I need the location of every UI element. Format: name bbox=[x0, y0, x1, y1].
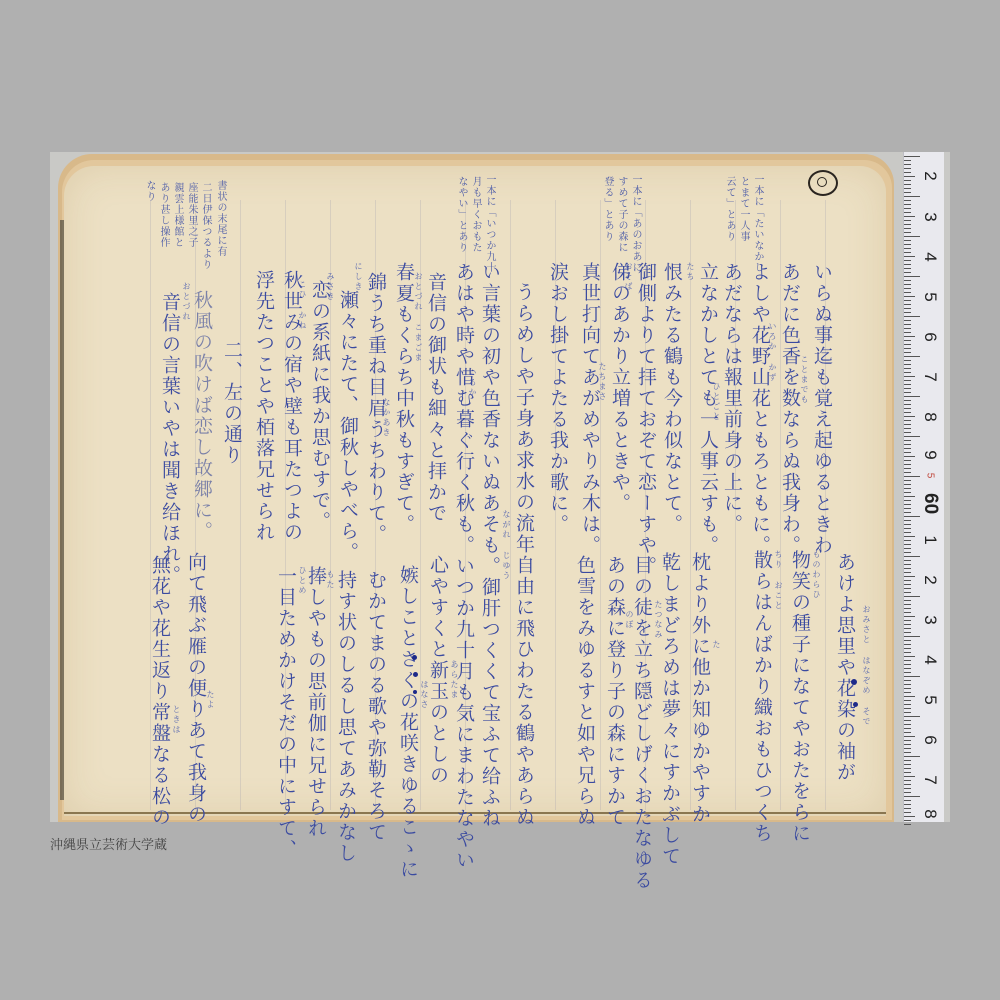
ink-blot bbox=[413, 690, 417, 694]
ruler-tick bbox=[904, 308, 911, 309]
ruler-tick bbox=[904, 476, 920, 477]
ruler-tick bbox=[904, 328, 911, 329]
ruler-tick bbox=[904, 540, 911, 541]
manuscript-column: あけよ思里や花染の袖が bbox=[835, 552, 854, 783]
ruler-tick bbox=[904, 636, 920, 637]
ruby-annotation: はなさ bbox=[420, 680, 428, 710]
ruler-tick bbox=[904, 392, 911, 393]
ruby-annotation: た bbox=[712, 640, 720, 650]
ruler-tick bbox=[904, 264, 911, 265]
ruler-tick bbox=[904, 340, 911, 341]
ruler-tick bbox=[904, 684, 911, 685]
section-heading: 二、左の通り bbox=[222, 340, 241, 466]
ruler-tick bbox=[904, 548, 911, 549]
double-circle-mark-icon bbox=[808, 170, 838, 196]
ruler-label: 8 bbox=[920, 407, 940, 427]
ruler-tick bbox=[904, 484, 911, 485]
ruler-tick bbox=[904, 220, 911, 221]
ruler-tick bbox=[904, 792, 911, 793]
manuscript-column: 御側よりて拝ておぞて恋ーすや。 bbox=[636, 262, 655, 577]
ruler-tick bbox=[904, 656, 915, 657]
ruler-tick bbox=[904, 756, 920, 757]
ruby-annotation: おとづれ こまごま bbox=[414, 272, 422, 363]
ruler-tick bbox=[904, 360, 911, 361]
margin-note: 云て」とあり bbox=[724, 176, 734, 242]
ruler-tick bbox=[904, 796, 920, 797]
ruler-tick bbox=[904, 304, 911, 305]
ruler-tick bbox=[904, 372, 911, 373]
manuscript-column: あだならは報里前身の上に。 bbox=[722, 262, 741, 535]
ruler-tick bbox=[904, 404, 911, 405]
ruler-tick bbox=[904, 224, 911, 225]
ruler-label: 8 bbox=[920, 804, 940, 824]
ruler-tick bbox=[904, 504, 911, 505]
margin-note: なり bbox=[144, 180, 154, 202]
ruler-tick bbox=[904, 496, 915, 497]
ruler-tick bbox=[904, 168, 911, 169]
ruler-tick bbox=[904, 444, 911, 445]
ruler-tick bbox=[904, 676, 920, 677]
ruler-tick bbox=[904, 528, 911, 529]
ruler-tick bbox=[904, 712, 911, 713]
ruler-tick bbox=[904, 600, 911, 601]
ruler-tick bbox=[904, 480, 911, 481]
ruler-tick bbox=[904, 356, 920, 357]
ruler-tick bbox=[904, 276, 920, 277]
ruler-tick bbox=[904, 748, 911, 749]
ruler-tick bbox=[904, 436, 920, 437]
manuscript-column: 無花や花生返り常盤なる松の bbox=[150, 555, 169, 828]
ruler-tick bbox=[904, 176, 915, 177]
ruler-tick bbox=[904, 660, 911, 661]
ruler-tick bbox=[904, 184, 911, 185]
ruler-label: 9 bbox=[920, 445, 940, 465]
ruler-tick bbox=[904, 612, 911, 613]
ruler-tick bbox=[904, 236, 920, 237]
ruler-tick bbox=[904, 348, 911, 349]
ruler-tick bbox=[904, 800, 911, 801]
manuscript-column: うらめしや子身あ求水の流年自由に飛ひわたる鶴やあらぬ bbox=[514, 282, 533, 828]
ruler-tick bbox=[904, 352, 911, 353]
ruler-tick bbox=[904, 232, 911, 233]
ruler-tick bbox=[904, 556, 920, 557]
ruler-tick bbox=[904, 488, 911, 489]
ruler-tick bbox=[904, 204, 911, 205]
ruby-annotation: ことまでも bbox=[800, 355, 808, 405]
manuscript-column: 一目ためかけそだの中にすて、 bbox=[276, 566, 295, 860]
manuscript-column: 捧しやもの思前伽に兄せられ bbox=[306, 566, 325, 839]
ruler-tick bbox=[904, 520, 911, 521]
ruler-tick bbox=[904, 212, 911, 213]
ink-blot bbox=[853, 702, 858, 707]
ruler-tick bbox=[904, 332, 911, 333]
margin-note: あり甚し操作 bbox=[158, 182, 168, 248]
ruler-tick bbox=[904, 428, 911, 429]
ruler-label: 1 bbox=[920, 530, 940, 550]
ruler-tick bbox=[904, 764, 911, 765]
margin-note: 月も早くおもた bbox=[470, 176, 480, 253]
manuscript-column: 立なかしとても一人事云すも。 bbox=[698, 262, 717, 556]
manuscript-column: 恋の系紙に我か思むすで。 bbox=[310, 280, 329, 532]
ruler-tick bbox=[904, 580, 911, 581]
ruler-tick bbox=[904, 344, 911, 345]
ruler-tick bbox=[904, 500, 911, 501]
margin-note: 一本に「たいなかし bbox=[752, 174, 762, 273]
ruler-label-60: 60 bbox=[919, 493, 941, 513]
ruler-tick bbox=[904, 576, 915, 577]
manuscript-column: 恨みたる鶴も今わ似なとて。 bbox=[662, 262, 681, 535]
ruler-tick bbox=[904, 336, 915, 337]
ruler-tick bbox=[904, 376, 915, 377]
manuscript-column: 秋風の吹けば恋し故郷に。 bbox=[192, 290, 211, 542]
ruler-tick bbox=[904, 816, 915, 817]
manuscript-column: あはや時や惜む暮ぐ行く秋も。いつか九十月も気にまわたなやい bbox=[454, 262, 473, 871]
ruler-tick bbox=[904, 732, 911, 733]
manuscript-column: 瀬々にたて、御秋しやべら。 bbox=[338, 290, 357, 563]
ruler-tick bbox=[904, 596, 920, 597]
ruler-tick bbox=[904, 608, 911, 609]
page-edge-shadow bbox=[60, 220, 64, 800]
ruler-tick bbox=[904, 160, 911, 161]
ruby-annotation: たち bbox=[686, 262, 694, 282]
margin-note: 書状の末尾に有 bbox=[215, 180, 225, 257]
ruler-tick bbox=[904, 652, 911, 653]
ruler-tick bbox=[904, 568, 911, 569]
ruler-tick bbox=[904, 516, 920, 517]
ruler-tick bbox=[904, 776, 915, 777]
ruler-tick bbox=[904, 788, 911, 789]
manuscript-column: 真世打向てあがめやりみ木は。 bbox=[580, 262, 599, 556]
manuscript-column: 物笑の種子になてやおたをらに bbox=[790, 550, 809, 844]
margin-note: 二日伊保つるより bbox=[200, 182, 210, 270]
ruler-tick bbox=[904, 588, 911, 589]
ruler-tick bbox=[904, 784, 911, 785]
ruler-label: 5 bbox=[920, 690, 940, 710]
ruler-label: 7 bbox=[920, 770, 940, 790]
ruler-tick bbox=[904, 592, 911, 593]
rule-line bbox=[240, 200, 241, 810]
ruby-annotation: ひとめ bbox=[298, 566, 306, 596]
ruler-tick bbox=[904, 692, 911, 693]
ruler-tick bbox=[904, 492, 911, 493]
manuscript-column: 錦うち重ね目眉うちわりて。 bbox=[366, 272, 385, 545]
margin-note: なやい」とあり bbox=[456, 176, 466, 253]
collection-caption: 沖縄県立芸術大学蔵 bbox=[50, 834, 167, 853]
ruler-tick bbox=[904, 708, 911, 709]
ruler-tick bbox=[904, 648, 911, 649]
ruler-tick bbox=[904, 544, 911, 545]
ruler-tick bbox=[904, 312, 911, 313]
margin-note: 一本に「あのおあに bbox=[630, 174, 640, 273]
manuscript-column: 浮先たつことや栢落兄せられ bbox=[254, 270, 273, 543]
ruler-tick bbox=[904, 808, 911, 809]
ruler-tick bbox=[904, 584, 911, 585]
ruler-tick bbox=[904, 384, 911, 385]
ruler-red-label: 5 bbox=[925, 466, 936, 486]
ruler-tick bbox=[904, 296, 915, 297]
manuscript-column: 秋世みの宿や壁も耳たつよの bbox=[282, 270, 301, 543]
ruler-tick bbox=[904, 772, 911, 773]
ruler-tick bbox=[904, 460, 911, 461]
ruler-tick bbox=[904, 464, 911, 465]
measuring-ruler: 2 3 4 5 6 7 8 9 5 60 1 2 3 4 5 6 7 8 bbox=[903, 152, 944, 822]
manuscript-column: 持す状のしるし思てあみかなし bbox=[336, 570, 355, 864]
ruler-tick bbox=[904, 432, 911, 433]
ruler-tick bbox=[904, 524, 911, 525]
manuscript-column: 色雪をみゆるすと如や兄らぬ bbox=[575, 555, 594, 828]
ruby-annotation: ときは bbox=[172, 705, 180, 735]
ruler-label: 4 bbox=[920, 247, 940, 267]
ruler-tick bbox=[904, 672, 911, 673]
ruler-tick bbox=[904, 804, 911, 805]
margin-note: とまて一人事 bbox=[738, 176, 748, 242]
ruler-tick bbox=[904, 632, 911, 633]
manuscript-column: 涙おし掛てよたる我か歌に。 bbox=[548, 262, 567, 535]
ruler-label: 7 bbox=[920, 367, 940, 387]
ruler-label: 2 bbox=[920, 570, 940, 590]
manuscript-column: いらぬ事迄も覚え起ゆるときわ bbox=[812, 262, 831, 556]
ruler-tick bbox=[904, 620, 911, 621]
ruby-annotation: たつなみ bbox=[654, 600, 662, 640]
ruler-tick bbox=[904, 196, 920, 197]
ruby-annotation: あらたま bbox=[450, 660, 458, 700]
ruler-label: 6 bbox=[920, 327, 940, 347]
ruler-tick bbox=[904, 380, 911, 381]
manuscript-column: 向て飛ぶ雁の便りあて我身の bbox=[186, 552, 205, 825]
ruler-tick bbox=[904, 268, 911, 269]
ruler-label: 2 bbox=[920, 166, 940, 186]
ruler-tick bbox=[904, 736, 915, 737]
ruler-label: 5 bbox=[920, 287, 940, 307]
manuscript-column: 目の徒を立ち隠どしげくおたなゆる bbox=[632, 555, 651, 891]
ruler-tick bbox=[904, 752, 911, 753]
ruler-tick bbox=[904, 740, 911, 741]
ruler-tick bbox=[904, 412, 911, 413]
margin-note: 親雲上様館と bbox=[172, 182, 182, 248]
ruler-tick bbox=[904, 820, 911, 821]
rule-line bbox=[510, 200, 511, 810]
ruler-label: 3 bbox=[920, 610, 940, 630]
ruler-tick bbox=[904, 244, 911, 245]
manuscript-column: 嫉しことさくの花咲きゆるこゝに bbox=[398, 565, 417, 880]
ruler-tick bbox=[904, 440, 911, 441]
ruler-tick bbox=[904, 324, 911, 325]
ruler-tick bbox=[904, 228, 911, 229]
manuscript-column: 春夏もくらち中秋もすぎて。 bbox=[394, 262, 413, 535]
manuscript-column: あだに色香を数ならぬ我身わ。 bbox=[780, 262, 799, 556]
ruler-tick bbox=[904, 420, 911, 421]
ruler-tick bbox=[904, 424, 911, 425]
ruler-tick bbox=[904, 284, 911, 285]
ruby-annotation: たよ bbox=[206, 690, 214, 710]
ruler-tick bbox=[904, 768, 911, 769]
ruby-annotation: もた bbox=[326, 570, 334, 590]
ruler-tick bbox=[904, 644, 911, 645]
ruler-tick bbox=[904, 628, 911, 629]
ruler-tick bbox=[904, 696, 915, 697]
ruler-tick bbox=[904, 604, 911, 605]
manuscript-column: むかてまのる歌や弥勒そろて bbox=[366, 570, 385, 843]
ruler-label: 6 bbox=[920, 730, 940, 750]
manuscript-column: よしや花野山花ともろともに。 bbox=[750, 262, 769, 556]
ruler-tick bbox=[904, 252, 911, 253]
ruler-tick bbox=[904, 536, 915, 537]
margin-note: 登る」とあり bbox=[602, 176, 612, 242]
ruby-annotation: にしき bbox=[354, 262, 362, 292]
ruler-tick bbox=[904, 724, 911, 725]
ruler-tick bbox=[904, 240, 911, 241]
margin-note: すめて子の森に bbox=[616, 176, 626, 253]
manuscript-column: 俤のあかり立増るときや。 bbox=[610, 262, 629, 514]
ruby-annotation: ちり おこと bbox=[774, 550, 782, 611]
ruler-tick bbox=[904, 472, 911, 473]
manuscript-column: あの森に登り子の森にすかて bbox=[605, 555, 624, 828]
ruler-tick bbox=[904, 180, 911, 181]
ruby-annotation: ながれ じゆう bbox=[502, 510, 510, 581]
ruler-tick bbox=[904, 288, 911, 289]
ruler-tick bbox=[904, 512, 911, 513]
margin-note: 一本に「いつか九十 bbox=[484, 174, 494, 273]
ruler-tick bbox=[904, 216, 915, 217]
ruler-tick bbox=[904, 272, 911, 273]
ruler-tick bbox=[904, 416, 915, 417]
ruler-label: 3 bbox=[920, 207, 940, 227]
ruler-tick bbox=[904, 572, 911, 573]
ruler-tick bbox=[904, 824, 911, 825]
ruler-tick bbox=[904, 640, 911, 641]
ruler-tick bbox=[904, 664, 911, 665]
ruler-tick bbox=[904, 720, 911, 721]
manuscript-column: 音信の御状も細々と拝かで bbox=[426, 272, 445, 524]
ruler-tick bbox=[904, 408, 911, 409]
ruler-tick bbox=[904, 280, 911, 281]
ruler-tick bbox=[904, 256, 915, 257]
ruler-tick bbox=[904, 364, 911, 365]
ruler-tick bbox=[904, 368, 911, 369]
manuscript-column: 心やすくと新玉のとしの bbox=[428, 555, 447, 786]
ruler-tick bbox=[904, 316, 920, 317]
ruler-tick bbox=[904, 688, 911, 689]
ruler-tick bbox=[904, 172, 911, 173]
manuscript-column: 音信の言葉いやは聞き给ほれ。 bbox=[160, 292, 179, 586]
ink-blot bbox=[413, 672, 418, 677]
ruler-tick bbox=[904, 292, 911, 293]
ruler-tick bbox=[904, 400, 911, 401]
ruler-tick bbox=[904, 396, 920, 397]
ruler-tick bbox=[904, 680, 911, 681]
ruby-annotation: のぼ bbox=[625, 610, 633, 630]
ruler-tick bbox=[904, 468, 911, 469]
ruler-tick bbox=[904, 780, 911, 781]
ruler-tick bbox=[904, 716, 920, 717]
ruler-tick bbox=[904, 668, 911, 669]
ruler-tick bbox=[904, 728, 911, 729]
ruby-annotation: おとづれ bbox=[182, 282, 190, 322]
ruler-tick bbox=[904, 452, 911, 453]
ruler-tick bbox=[904, 208, 911, 209]
ruler-tick bbox=[904, 616, 915, 617]
manuscript-column: い言葉の初や色香ないぬあそも。御肝つくくて宝ふて给ふね bbox=[480, 262, 499, 829]
ruler-tick bbox=[904, 744, 911, 745]
ruler-tick bbox=[904, 156, 920, 157]
ruler-tick bbox=[904, 188, 911, 189]
ruler-tick bbox=[904, 812, 911, 813]
ruler-tick bbox=[904, 624, 911, 625]
ruby-annotation: ものわらひ bbox=[812, 550, 820, 600]
margin-note: 座能朱里之子 bbox=[186, 182, 196, 248]
ruler-tick bbox=[904, 704, 911, 705]
ruler-tick bbox=[904, 260, 911, 261]
ruler-label: 4 bbox=[920, 650, 940, 670]
ink-blot bbox=[851, 679, 857, 685]
ruler-tick bbox=[904, 320, 911, 321]
manuscript-column: 枕より外に他か知ゆかやすか bbox=[690, 552, 709, 825]
ruler-tick bbox=[904, 760, 911, 761]
ruler-tick bbox=[904, 560, 911, 561]
ruler-tick bbox=[904, 508, 911, 509]
ruler-tick bbox=[904, 200, 911, 201]
ruler-tick bbox=[904, 248, 911, 249]
ruler-tick bbox=[904, 700, 911, 701]
ruler-tick bbox=[904, 388, 911, 389]
ink-blot bbox=[412, 655, 417, 660]
ruler-tick bbox=[904, 448, 911, 449]
manuscript-column: 散らはんばかり織おもひつくち bbox=[752, 550, 771, 844]
ruby-annotation: おみさと はなぞめ そで bbox=[862, 605, 870, 727]
ruler-tick bbox=[904, 192, 911, 193]
ruler-tick bbox=[904, 552, 911, 553]
ruler-tick bbox=[904, 456, 915, 457]
ruler-tick bbox=[904, 564, 911, 565]
ruler-tick bbox=[904, 532, 911, 533]
ruler-tick bbox=[904, 164, 911, 165]
ruler-tick bbox=[904, 300, 911, 301]
